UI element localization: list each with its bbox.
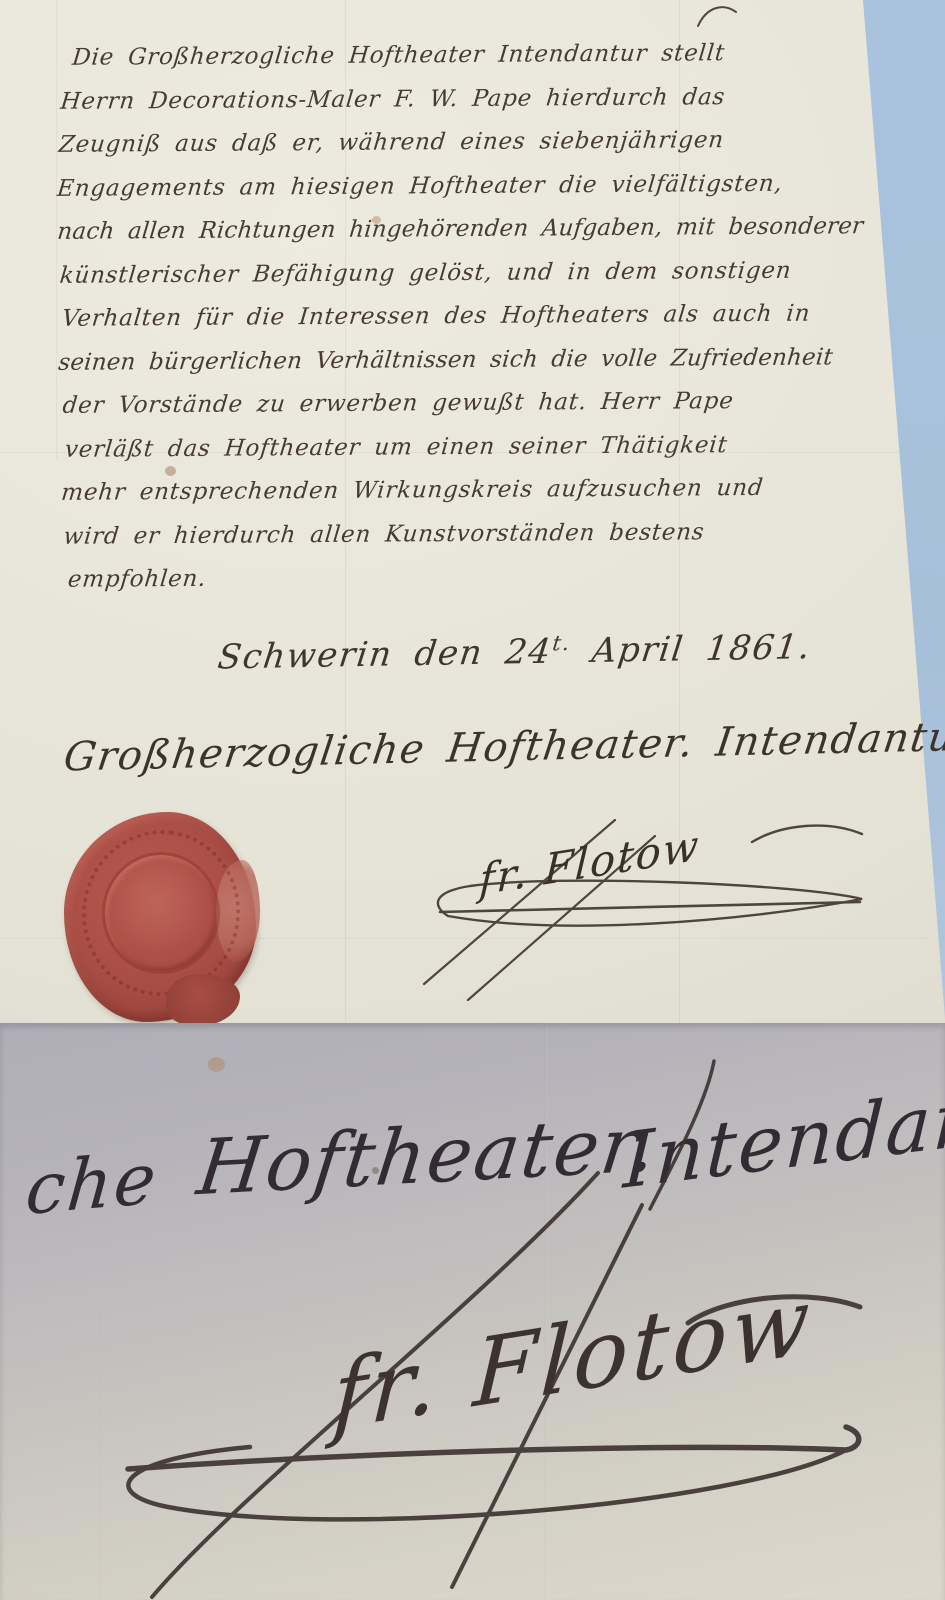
- wax-seal-center: [102, 852, 220, 974]
- signature-detail-photo: che Hoftheater. Intendantu fr. Flotow: [0, 1023, 945, 1600]
- handwritten-line: empfohlen.: [58, 553, 872, 602]
- handwritten-line: seinen bürgerlichen Verhältnissen sich d…: [56, 336, 870, 385]
- handwritten-line: Die Großherzogliche Hoftheater Intendant…: [54, 31, 868, 80]
- handwritten-line: Verhalten für die Interessen des Hofthea…: [56, 292, 870, 341]
- signature: fr. Flotow: [478, 820, 702, 905]
- letter-orgline: Großherzogliche Hoftheater. Intendantur.: [61, 713, 945, 780]
- detail-text-fragment: Intendantu: [621, 1057, 945, 1206]
- dateline-prefix: Schwerin den 24: [216, 632, 555, 678]
- handwritten-line: Engagements am hiesigen Hoftheater die v…: [55, 162, 869, 211]
- handwritten-line: künstlerischer Befähigung gelöst, und in…: [56, 249, 870, 298]
- handwritten-line: wird er hierdurch allen Kunstvorständen …: [57, 510, 871, 559]
- handwritten-line: mehr entsprechenden Wirkungskreis aufzus…: [57, 466, 871, 515]
- letter-dateline: Schwerin den 24t. April 1861.: [216, 627, 814, 678]
- fold-crease: [100, 1283, 102, 1600]
- handwritten-line: nach allen Richtungen hingehörenden Aufg…: [55, 205, 869, 254]
- paper-stain: [208, 1057, 225, 1072]
- handwritten-line: der Vorstände zu erwerben gewußt hat. He…: [56, 379, 870, 428]
- handwritten-line: verläßt das Hoftheater um einen seiner T…: [57, 423, 871, 472]
- wax-seal: [64, 812, 256, 1022]
- wax-seal-drip: [166, 974, 240, 1023]
- letter-photo: Die Großherzogliche Hoftheater Intendant…: [0, 0, 945, 1023]
- handwritten-line: Herrn Decorations-Maler F. W. Pape hierd…: [54, 75, 868, 124]
- signature-detail: fr. Flotow: [330, 1266, 816, 1451]
- handwritten-line: Zeugniß aus daß er, während eines sieben…: [55, 118, 869, 167]
- photo-collage: Die Großherzogliche Hoftheater Intendant…: [0, 0, 945, 1600]
- letter-body: Die Großherzogliche Hoftheater Intendant…: [56, 31, 870, 602]
- detail-text-fragment: che: [23, 1137, 161, 1231]
- detail-text-fragment: Hoftheater.: [193, 1099, 663, 1213]
- dateline-suffix: April 1861.: [567, 627, 813, 671]
